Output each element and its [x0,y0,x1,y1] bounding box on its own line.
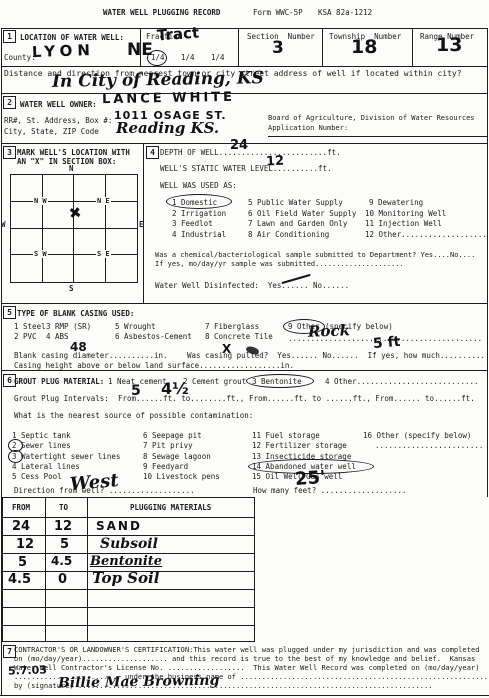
table-header-materials: PLUGGING MATERIALS [130,503,211,512]
table-cell-from: 24 [12,520,30,533]
grout-option-other: 4 Other........................... [325,377,479,386]
city-state-zip-label: City, State, ZIP Code [4,127,99,136]
certification-line: Water Well Contractor's License No. ....… [14,663,480,672]
interval-to-value: 4½ [161,381,189,397]
section-2-number: 2 [3,96,16,109]
divider [1,370,488,371]
section-3-number: 3 [3,146,16,159]
table-column-border [45,497,46,642]
use-option: 12 Other................... [365,230,487,239]
depth-of-well-label: DEPTH OF WELL........................ft. [160,148,341,157]
county-handwritten-value: LYON [32,43,95,60]
grid-line [11,228,137,229]
application-number-label: Application Number: [268,124,348,133]
chemical-sample-date-line: If yes, mo/day/yr sample was submitted..… [155,260,404,269]
table-row-border [2,517,255,518]
agency-label: Board of Agriculture, Division of Water … [268,114,475,123]
divider [1,303,488,304]
casing-diameter-value: 48 [70,341,87,353]
section-1-title: LOCATION OF WATER WELL: [20,33,124,42]
contamination-option: 6 Seepage pit [143,431,202,440]
address-label: RR#, St. Address, Box #: [4,116,112,125]
circle-annotation-bentonite [246,374,314,388]
certification-line: CONTRACTOR'S OR LANDOWNER'S CERTIFICATIO… [14,645,480,654]
fraction-quarter-3: 1/4 [211,53,225,62]
grout-intervals-label: Grout Plug Intervals: [14,394,109,403]
table-cell-to: 0 [58,573,67,586]
table-row-border [2,625,255,626]
table-cell-from: 12 [16,538,34,551]
owner-handwritten-value: LANCE WHITE [102,91,235,106]
use-option: 2 Irrigation [172,209,226,218]
county-label: County: [4,53,36,62]
distance-handwritten-value: In City of Reading, KS [52,70,264,91]
casing-option: 8 Concrete Tile [205,332,273,341]
table-cell-to: 5 [60,538,69,551]
disinfected-label: Water Well Disinfected: Yes...... No....… [155,281,349,290]
use-option: 5 Public Water Supply [248,198,343,207]
how-many-feet-label: How many feet? ................... [253,486,407,495]
owner-label: WATER WELL OWNER: [20,100,97,109]
township-number-value: 18 [351,38,377,57]
well-location-x-mark: ✖ [68,205,83,222]
section-4-number: 4 [146,146,159,159]
contamination-option: 12 Fertilizer storage [252,441,347,450]
interval-from-value: 5 [131,384,141,398]
static-water-level-label: WELL'S STATIC WATER LEVEL..........ft. [160,164,332,173]
depth-handwritten-value: 24 [230,139,248,152]
certification-line: on (mo/day/year).................... and… [14,654,475,663]
circle-annotation-watertight-sewer [8,450,23,463]
contamination-question: What is the nearest source of possible c… [14,411,253,420]
table-column-border [87,497,88,642]
static-level-handwritten-value: 12 [266,155,285,169]
contamination-option: 8 Sewage lagoon [143,452,211,461]
feet-handwritten-value: 25' [294,469,326,489]
signature-handwritten: Billie Mae Browning [58,674,220,691]
compass-south: S [69,284,74,293]
section-1-number: 1 [3,30,16,43]
divider [1,93,488,94]
form-title: WATER WELL PLUGGING RECORD [103,8,220,17]
fraction-quarter-2: 1/4 [181,53,195,62]
table-cell-material: Bentonite [90,555,162,568]
fraction-tract-handwritten: Tract [157,26,200,44]
table-header-to: TO [59,503,68,512]
circle-annotation-domestic [166,194,232,209]
use-option: 11 Injection Well [365,219,442,228]
section-location-grid: N W N E S W S E [10,174,138,283]
use-option: 3 Feedlot [172,219,213,228]
table-cell-material: SAND [96,520,142,532]
contamination-other-dots: ........................ [375,441,483,450]
application-number-line [268,136,487,137]
section-number-value: 3 [272,40,284,57]
section-3-title-line2: AN "X" IN SECTION BOX: [17,157,116,166]
casing-option: 5 Wrought [115,322,156,331]
divider [1,66,488,67]
casing-height-label: Casing height above or below land surfac… [14,361,294,370]
grid-line [11,201,137,202]
casing-pulled-yes-mark: X [222,343,231,355]
casing-option: 3 RMP (SR) [46,322,91,331]
water-well-plugging-record-form: WATER WELL PLUGGING RECORD Form WWC-5P K… [0,0,489,698]
completion-date-handwritten: 5.7.03 [8,664,47,676]
column-border [322,28,323,66]
form-number: Form WWC-5P [253,8,303,17]
table-cell-from: 5 [18,556,27,569]
section-6-title: GROUT PLUG MATERIAL: [14,377,104,386]
section-5-number: 5 [3,306,16,319]
casing-option: 6 Asbestos-Cement [115,332,192,341]
casing-option: 2 PVC [14,332,37,341]
quadrant-label-nw: N W [33,197,48,205]
table-row-border [2,589,255,590]
contamination-option: 16 Other (specify below) [363,431,471,440]
chemical-sample-question: Was a chemical/bacteriological sample su… [155,251,475,260]
compass-east: E [139,220,144,229]
contamination-option: 3 Watertight sewer lines [12,452,120,461]
quadrant-label-se: S E [96,250,111,258]
use-option: 9 Dewatering [369,198,423,207]
section-3-title-line1: MARK WELL'S LOCATION WITH [17,148,130,157]
contamination-option: 11 Fuel storage [252,431,320,440]
well-used-as-label: WELL WAS USED AS: [160,181,237,190]
form-statute: KSA 82a-1212 [318,8,372,17]
fraction-ne-handwritten: NE [127,42,153,59]
table-header-from: FROM [12,503,30,512]
casing-option: 1 Steel [14,322,46,331]
table-row-border [2,607,255,608]
use-option: 6 Oil Field Water Supply [248,209,356,218]
grout-option: 2 Cement grout [183,377,246,386]
use-option: 7 Lawn and Garden Only [248,219,347,228]
column-border [412,28,413,66]
use-option: 4 Industrial [172,230,226,239]
table-cell-to: 4.5 [51,555,72,567]
city-handwritten-value: Reading KS. [116,121,219,136]
contamination-option: 9 Feedyard [143,462,188,471]
column-border [238,28,239,66]
casing-option: 7 Fiberglass [205,322,259,331]
casing-pulled-question: Was casing pulled? Yes...... No...... If… [187,351,485,360]
table-cell-from: 4.5 [8,573,31,586]
compass-west: W [1,220,6,229]
casing-pulled-amount-value: 5 ft [372,335,401,351]
casing-other-handwritten-value: Rock [308,323,350,339]
grid-line [11,254,137,255]
range-number-value: 13 [436,36,462,55]
quadrant-label-ne: N E [96,197,111,205]
contamination-option: 1 Septic tank [12,431,71,440]
direction-handwritten-value: West [69,472,119,494]
quadrant-label-sw: S W [33,250,48,258]
use-option: 8 Air Conditioning [248,230,329,239]
table-cell-material: Top Soil [92,571,159,586]
use-option: 10 Monitoring Well [365,209,446,218]
right-border [487,28,488,497]
compass-north: N [69,164,74,173]
table-cell-to: 12 [54,520,72,533]
divider [1,28,488,29]
contamination-option: 10 Livestock pens [143,472,220,481]
contamination-option: 5 Cess Pool [12,472,62,481]
contamination-option: 4 Lateral lines [12,462,80,471]
contamination-option: 7 Pit privy [143,441,193,450]
casing-diameter-label: Blank casing diameter..........in. [14,351,168,360]
casing-option: 4 ABS [46,332,69,341]
divider [0,695,489,696]
table-cell-material: Subsoil [100,537,158,551]
section-5-title: TYPE OF BLANK CASING USED: [17,309,134,318]
